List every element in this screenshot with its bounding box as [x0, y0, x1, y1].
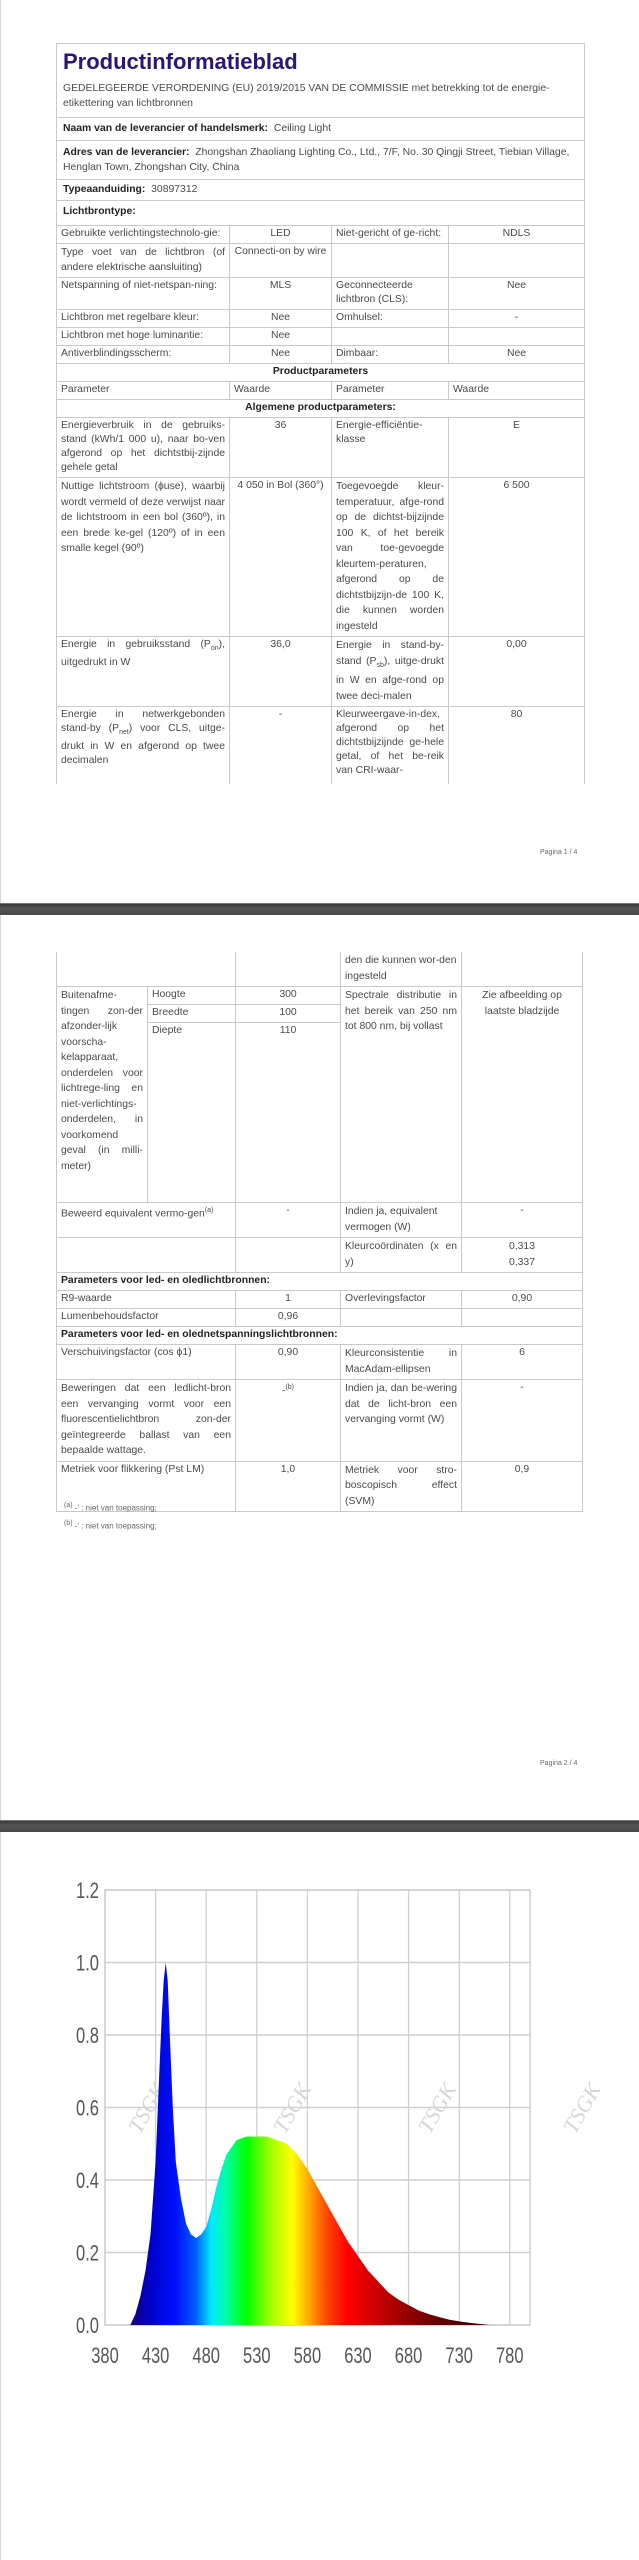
- param-value: 0,90: [462, 1291, 583, 1309]
- table-row: Energieverbruik in de gebruiks-stand (kW…: [57, 418, 585, 478]
- column-header: Waarde: [230, 382, 332, 400]
- type-value: 30897312: [151, 184, 197, 195]
- dimension-value: 300: [236, 987, 341, 1005]
- page-edge: [0, 0, 1, 2560]
- param-label: Lichtbron met regelbare kleur:: [57, 310, 230, 328]
- param-value: [449, 328, 585, 346]
- param-value: 0,3130,337: [462, 1238, 583, 1273]
- subscript: sb: [376, 662, 383, 669]
- superscript: (a): [205, 1207, 214, 1214]
- param-label: Kleurconsistentie in MacAdam-ellipsen: [341, 1345, 462, 1380]
- param-value: -: [449, 310, 585, 328]
- param-value: [449, 244, 585, 278]
- param-label: Verschuivingsfactor (cos ϕ1): [57, 1345, 236, 1380]
- spectral-distribution-chart: TSGKTSGKTSGKTSGK 0.00.20.40.60.81.01.2 3…: [40, 1850, 600, 2390]
- empty-cell: [236, 952, 341, 987]
- param-label: Spectrale distributie in het bereik van …: [341, 987, 462, 1203]
- empty-cell: [57, 952, 236, 987]
- empty-cell: [236, 1238, 341, 1273]
- table-row: den die kunnen wor-den ingesteld: [57, 952, 583, 987]
- param-value: 1,0: [236, 1461, 341, 1512]
- param-value: Zie afbeelding op laatste bladzijde: [462, 987, 583, 1203]
- empty-cell: [57, 1238, 236, 1273]
- footnote-text: -' : niet van toepassing;: [75, 1522, 157, 1531]
- footnote-mark: (a): [64, 1502, 73, 1509]
- svg-text:430: 430: [142, 2344, 170, 2369]
- param-value: 36,0: [230, 637, 332, 707]
- param-value: Nee: [230, 310, 332, 328]
- param-value: 0,90: [236, 1345, 341, 1380]
- param-label: Metriek voor stro-boscopisch effect (SVM…: [341, 1461, 462, 1512]
- table-row: Netspanning of niet-netspan-ning: MLS Ge…: [57, 278, 585, 310]
- param-label: Niet-gericht of ge-richt:: [332, 226, 449, 244]
- param-label: R9-waarde: [57, 1291, 236, 1309]
- table-row: Lumenbehoudsfactor 0,96: [57, 1309, 583, 1327]
- address-label: Adres van de leverancier:: [63, 147, 189, 158]
- param-label: Netspanning of niet-netspan-ning:: [57, 278, 230, 310]
- param-value: 0,9: [462, 1461, 583, 1512]
- svg-text:0.4: 0.4: [76, 2169, 99, 2194]
- svg-text:0.6: 0.6: [76, 2096, 99, 2121]
- svg-text:1.0: 1.0: [76, 1951, 99, 1976]
- footnote-mark: (b): [64, 1520, 73, 1527]
- param-label: Beweringen dat een ledlicht-bron een ver…: [57, 1380, 236, 1462]
- param-label: [341, 1309, 462, 1327]
- subscript: net: [119, 729, 129, 736]
- text: Energie in gebruiksstand (P: [61, 639, 211, 650]
- svg-text:730: 730: [445, 2344, 473, 2369]
- dimensions-label: Buitenafme-tingen zon-der afzonder-lijk …: [57, 987, 148, 1203]
- param-label: Energie in netwerkgebonden stand-by (Pne…: [57, 707, 230, 785]
- dimension-name: Diepte: [148, 1023, 236, 1203]
- param-label: Overlevingsfactor: [341, 1291, 462, 1309]
- x-axis-labels: 380430480530580630680730780: [91, 2344, 523, 2369]
- column-header: Waarde: [449, 382, 585, 400]
- page-separator: [0, 1820, 639, 1832]
- table-row: Beweringen dat een ledlicht-bron een ver…: [57, 1380, 583, 1462]
- svg-text:380: 380: [91, 2344, 119, 2369]
- type-row: Typeaanduiding: 30897312: [57, 180, 585, 201]
- param-value: NDLS: [449, 226, 585, 244]
- param-value: 1: [236, 1291, 341, 1309]
- superscript: (b): [285, 1384, 294, 1391]
- table-row: Gebruikte verlichtingstechnolo-gie: LED …: [57, 226, 585, 244]
- table-row: Lichtbron met hoge luminantie: Nee: [57, 328, 585, 346]
- param-label: Indien ja, equivalent vermogen (W): [341, 1203, 462, 1238]
- supplier-label: Naam van de leverancier of handelsmerk:: [63, 123, 268, 134]
- svg-text:0.2: 0.2: [76, 2241, 99, 2266]
- subscript: on: [211, 645, 219, 652]
- footnote-text: -' : niet van toepassing;: [75, 1504, 157, 1513]
- param-value: Nee: [230, 328, 332, 346]
- param-label: Toegevoegde kleur-temperatuur, afge-rond…: [332, 478, 449, 637]
- footnote-b: (b) -' : niet van toepassing;: [64, 1517, 157, 1533]
- param-value: 4 050 in Bol (360°): [230, 478, 332, 637]
- product-info-table-page1: Productinformatieblad GEDELEGEERDE VEROR…: [56, 43, 585, 784]
- supplier-value: Ceiling Light: [274, 123, 331, 134]
- param-value: -(b): [236, 1380, 341, 1462]
- param-value: MLS: [230, 278, 332, 310]
- table-row: Verschuivingsfactor (cos ϕ1) 0,90 Kleurc…: [57, 1345, 583, 1380]
- supplier-row: Naam van de leverancier of handelsmerk: …: [57, 118, 585, 141]
- table-row: Lichtbron met regelbare kleur: Nee Omhul…: [57, 310, 585, 328]
- param-label: [332, 328, 449, 346]
- param-value: Nee: [449, 278, 585, 310]
- param-label: Energie in stand-by-stand (Psb), uitge-d…: [332, 637, 449, 707]
- param-label: Lichtbron met hoge luminantie:: [57, 328, 230, 346]
- svg-text:1.2: 1.2: [76, 1879, 99, 1904]
- param-label: Geconnecteerde lichtbron (CLS):: [332, 278, 449, 310]
- param-value: Nee: [449, 346, 585, 364]
- svg-text:0.0: 0.0: [76, 2314, 99, 2339]
- product-parameters-heading: Productparameters: [57, 364, 585, 382]
- param-value: -: [230, 707, 332, 785]
- param-value: Connecti-on by wire: [230, 244, 332, 278]
- address-row: Adres van de leverancier: Zhongshan Zhao…: [57, 141, 585, 180]
- header-cell: Productinformatieblad GEDELEGEERDE VEROR…: [57, 44, 585, 118]
- svg-text:580: 580: [294, 2344, 322, 2369]
- dimension-name: Hoogte: [148, 987, 236, 1005]
- svg-text:0.8: 0.8: [76, 2024, 99, 2049]
- param-value: 0,00: [449, 637, 585, 707]
- table-row: Beweerd equivalent vermo-gen(a) - Indien…: [57, 1203, 583, 1238]
- param-label: Energieverbruik in de gebruiks-stand (kW…: [57, 418, 230, 478]
- param-label: Antiverblindingsscherm:: [57, 346, 230, 364]
- color-x: 0,313: [466, 1239, 578, 1255]
- param-label: Nuttige lichtstroom (ϕuse), waarbij word…: [57, 478, 230, 637]
- table-row: R9-waarde 1 Overlevingsfactor 0,90: [57, 1291, 583, 1309]
- table-row: Nuttige lichtstroom (ϕuse), waarbij word…: [57, 478, 585, 637]
- param-label-continuation: den die kunnen wor-den ingesteld: [341, 952, 462, 987]
- param-label: Omhulsel:: [332, 310, 449, 328]
- table-row: Antiverblindingsscherm: Nee Dimbaar: Nee: [57, 346, 585, 364]
- led-parameters-heading: Parameters voor led- en oledlichtbronnen…: [57, 1273, 583, 1291]
- param-value: LED: [230, 226, 332, 244]
- param-value: Nee: [230, 346, 332, 364]
- param-label: Kleurcoördinaten (x en y): [341, 1238, 462, 1273]
- general-parameters-heading: Algemene productparameters:: [57, 400, 585, 418]
- table-row: Energie in gebruiksstand (Pon), uitgedru…: [57, 637, 585, 707]
- dimension-value: 110: [236, 1023, 341, 1203]
- param-label: Dimbaar:: [332, 346, 449, 364]
- param-value: 6: [462, 1345, 583, 1380]
- param-value: 80: [449, 707, 585, 785]
- param-label: Indien ja, dan be-wering dat de licht-br…: [341, 1380, 462, 1462]
- table-row: Type voet van de lichtbron (of andere el…: [57, 244, 585, 278]
- column-header-row: Parameter Waarde Parameter Waarde: [57, 382, 585, 400]
- dimension-value: 100: [236, 1005, 341, 1023]
- page-title: Productinformatieblad: [63, 48, 578, 76]
- param-value: 6 500: [449, 478, 585, 637]
- param-label: Lumenbehoudsfactor: [57, 1309, 236, 1327]
- param-value: -: [462, 1203, 583, 1238]
- param-label: Energie in gebruiksstand (Pon), uitgedru…: [57, 637, 230, 707]
- table-row: Energie in netwerkgebonden stand-by (Pne…: [57, 707, 585, 785]
- y-axis-labels: 0.00.20.40.60.81.01.2: [76, 1879, 99, 2339]
- param-label: Gebruikte verlichtingstechnolo-gie:: [57, 226, 230, 244]
- type-label: Typeaanduiding:: [63, 184, 145, 195]
- color-y: 0,337: [466, 1255, 578, 1271]
- lightsource-type-heading: Lichtbrontype:: [57, 201, 585, 226]
- page-separator: [0, 903, 639, 915]
- mains-parameters-heading: Parameters voor led- en olednetspannings…: [57, 1327, 583, 1345]
- param-value: 0,96: [236, 1309, 341, 1327]
- param-value: -: [462, 1380, 583, 1462]
- param-label: Kleurweergave-in-dex, afgerond op het di…: [332, 707, 449, 785]
- product-info-table-page2: den die kunnen wor-den ingesteld Buitena…: [56, 952, 583, 1512]
- svg-text:TSGK: TSGK: [558, 2077, 600, 2137]
- svg-text:780: 780: [496, 2344, 524, 2369]
- param-label: Beweerd equivalent vermo-gen(a): [57, 1203, 236, 1238]
- svg-text:480: 480: [192, 2344, 220, 2369]
- param-value: -: [236, 1203, 341, 1238]
- svg-text:530: 530: [243, 2344, 271, 2369]
- empty-cell: [462, 952, 583, 987]
- param-value: 36: [230, 418, 332, 478]
- page-number: Pagina 1 / 4: [540, 849, 577, 856]
- page-number: Pagina 2 / 4: [540, 1760, 577, 1767]
- param-label: [332, 244, 449, 278]
- column-header: Parameter: [332, 382, 449, 400]
- param-value: [462, 1309, 583, 1327]
- param-label: Type voet van de lichtbron (of andere el…: [57, 244, 230, 278]
- dimension-name: Breedte: [148, 1005, 236, 1023]
- text: Beweerd equivalent vermo-gen: [61, 1208, 205, 1219]
- column-header: Parameter: [57, 382, 230, 400]
- svg-text:630: 630: [344, 2344, 372, 2369]
- footnote-a: (a) -' : niet van toepassing;: [64, 1499, 157, 1515]
- table-row: Buitenafme-tingen zon-der afzonder-lijk …: [57, 987, 583, 1005]
- regulation-subtitle: GEDELEGEERDE VERORDENING (EU) 2019/2015 …: [63, 81, 578, 111]
- svg-text:680: 680: [395, 2344, 423, 2369]
- table-row: Kleurcoördinaten (x en y) 0,3130,337: [57, 1238, 583, 1273]
- param-value: E: [449, 418, 585, 478]
- param-label: Energie-efficiëntie-klasse: [332, 418, 449, 478]
